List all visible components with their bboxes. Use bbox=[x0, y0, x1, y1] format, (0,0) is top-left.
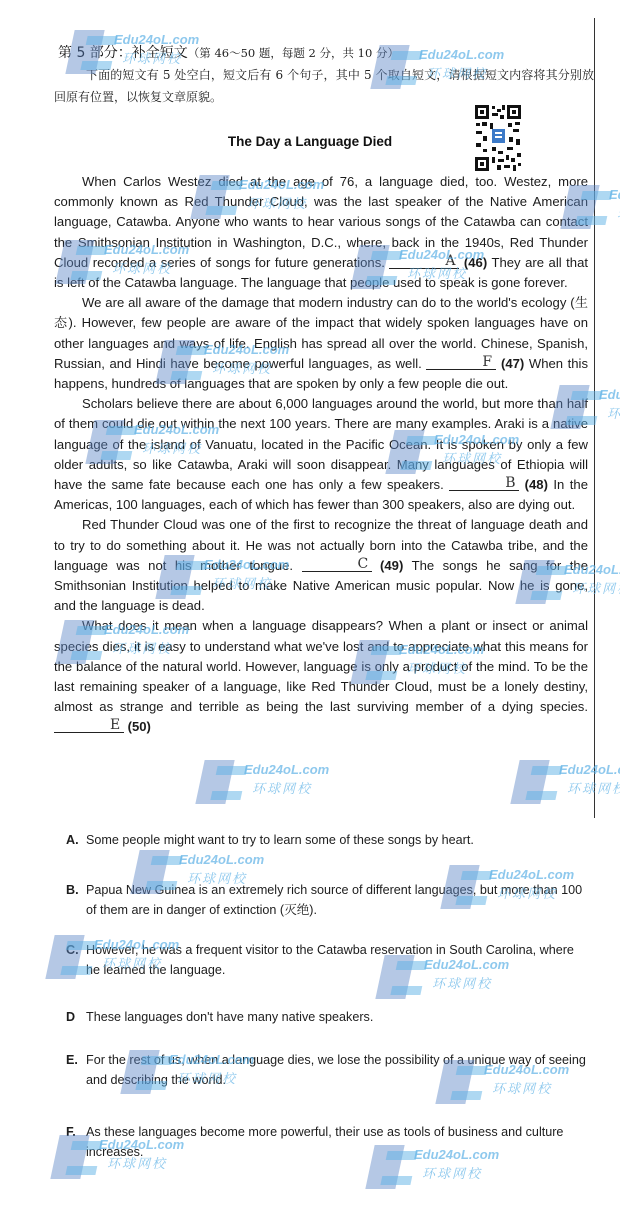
handwritten-answer: F bbox=[454, 352, 492, 372]
option-item: C.However, he was a frequent visitor to … bbox=[66, 940, 586, 980]
option-letter: F. bbox=[66, 1122, 76, 1142]
watermark-logo-icon: Edu24oL.com环球网校 bbox=[200, 760, 320, 810]
option-text: For the rest of us, when a language dies… bbox=[86, 1050, 586, 1090]
option-text: Papua New Guinea is an extremely rich so… bbox=[86, 880, 586, 920]
question-number: (46) bbox=[459, 255, 487, 270]
watermark-text: 环球网校 bbox=[607, 403, 620, 422]
option-letter: A. bbox=[66, 830, 79, 850]
answer-blank[interactable]: C bbox=[302, 558, 372, 572]
passage-paragraph: When Carlos Westez died at the age of 76… bbox=[54, 172, 588, 293]
handwritten-answer: A bbox=[417, 251, 455, 271]
option-item: F.As these languages become more powerfu… bbox=[66, 1122, 586, 1162]
watermark-text: Edu24oL.com bbox=[179, 852, 264, 867]
paragraph-text: What does it mean when a language disapp… bbox=[54, 618, 588, 714]
passage: When Carlos Westez died at the age of 76… bbox=[54, 172, 588, 738]
option-letter: B. bbox=[66, 880, 79, 900]
watermark-text: 环球网校 bbox=[422, 1163, 482, 1182]
passage-title: The Day a Language Died bbox=[0, 134, 620, 149]
passage-paragraph: We are all aware of the damage that mode… bbox=[54, 293, 588, 394]
question-number: (48) bbox=[519, 477, 548, 492]
watermark-text: Edu24oL.com bbox=[599, 387, 620, 402]
watermark-text: Edu24oL.com bbox=[609, 187, 620, 202]
section-heading: 第 5 部分：补全短文（第 46～50 题，每题 2 分，共 10 分） bbox=[58, 42, 399, 62]
passage-paragraph: Red Thunder Cloud was one of the first t… bbox=[54, 515, 588, 616]
option-item: B.Papua New Guinea is an extremely rich … bbox=[66, 880, 586, 920]
handwritten-answer: B bbox=[477, 473, 515, 493]
question-number: (47) bbox=[496, 356, 524, 371]
option-text: As these languages become more powerful,… bbox=[86, 1122, 586, 1162]
passage-paragraph: What does it mean when a language disapp… bbox=[54, 616, 588, 737]
handwritten-answer: E bbox=[82, 715, 120, 735]
option-item: DThese languages don't have many native … bbox=[66, 1007, 586, 1027]
option-text: However, he was a frequent visitor to th… bbox=[86, 940, 586, 980]
passage-paragraph: Scholars believe there are about 6,000 l… bbox=[54, 394, 588, 515]
exam-page: 第 5 部分：补全短文（第 46～50 题，每题 2 分，共 10 分） 下面的… bbox=[0, 0, 620, 1209]
watermark-text: 环球网校 bbox=[252, 778, 312, 797]
watermark-logo-icon: Edu24oL.com环球网校 bbox=[515, 760, 620, 810]
answer-blank[interactable]: F bbox=[426, 356, 496, 370]
option-text: Some people might want to try to learn s… bbox=[86, 830, 586, 850]
option-letter: D bbox=[66, 1007, 75, 1027]
section-label: 第 5 部分：补全短文 bbox=[58, 45, 188, 61]
option-letter: C. bbox=[66, 940, 79, 960]
watermark-text: Edu24oL.com bbox=[419, 47, 504, 62]
question-number: (50) bbox=[124, 719, 151, 734]
option-item: A.Some people might want to try to learn… bbox=[66, 830, 586, 850]
instructions: 下面的短文有 5 处空白，短文后有 6 个句子，其中 5 个取自短文，请根据短文… bbox=[54, 64, 594, 108]
answer-blank[interactable]: E bbox=[54, 719, 124, 733]
option-text: These languages don't have many native s… bbox=[86, 1007, 586, 1027]
handwritten-answer: C bbox=[330, 554, 369, 574]
section-note: （第 46～50 题，每题 2 分，共 10 分） bbox=[188, 46, 399, 60]
watermark-text: Edu24oL.com bbox=[559, 762, 620, 777]
option-letter: E. bbox=[66, 1050, 78, 1070]
option-item: E.For the rest of us, when a language di… bbox=[66, 1050, 586, 1090]
answer-blank[interactable]: A bbox=[389, 255, 459, 269]
answer-blank[interactable]: B bbox=[449, 477, 519, 491]
question-number: (49) bbox=[372, 558, 404, 573]
watermark-text: Edu24oL.com bbox=[244, 762, 329, 777]
